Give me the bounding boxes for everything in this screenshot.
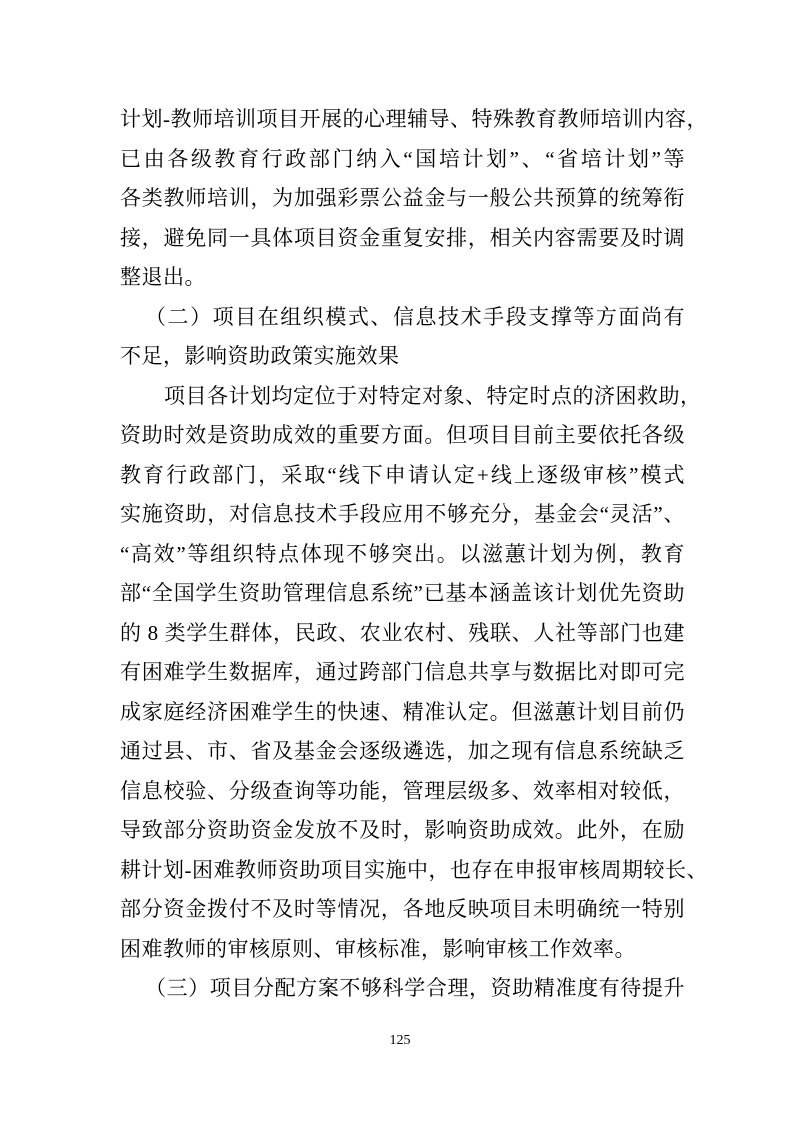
document-page: 计划-教师培训项目开展的心理辅导、特殊教育教师培训内容，已由各级教育行政部门纳入…: [0, 0, 800, 1131]
page-number: 125: [0, 1033, 800, 1049]
text-line: 接，避免同一具体项目资金重复安排，相关内容需要及时调: [120, 219, 685, 259]
text-line: 导致部分资助资金发放不及时，影响资助成效。此外，在励: [120, 811, 685, 851]
text-line: “高效”等组织特点体现不够突出。以滋蕙计划为例，教育: [120, 535, 685, 575]
text-block: 计划-教师培训项目开展的心理辅导、特殊教育教师培训内容，已由各级教育行政部门纳入…: [120, 100, 685, 1009]
text-line: 通过县、市、省及基金会逐级遴选，加之现有信息系统缺乏: [120, 732, 685, 772]
text-line: 资助时效是资助成效的重要方面。但项目目前主要依托各级: [120, 416, 685, 456]
text-line: 信息校验、分级查询等功能，管理层级多、效率相对较低，: [120, 772, 685, 812]
text-line: （二）项目在组织模式、信息技术手段支撑等方面尚有: [120, 298, 685, 338]
text-line: 整退出。: [120, 258, 685, 298]
text-line: 部“全国学生资助管理信息系统”已基本涵盖该计划优先资助: [120, 574, 685, 614]
text-line: 成家庭经济困难学生的快速、精准认定。但滋蕙计划目前仍: [120, 693, 685, 733]
text-line: 耕计划-困难教师资助项目实施中，也存在申报审核周期较长、: [120, 851, 685, 891]
text-line: 有困难学生数据库，通过跨部门信息共享与数据比对即可完: [120, 653, 685, 693]
text-line: （三）项目分配方案不够科学合理，资助精准度有待提升: [120, 969, 685, 1009]
text-line: 项目各计划均定位于对特定对象、特定时点的济困救助，: [120, 377, 685, 417]
text-line: 困难教师的审核原则、审核标准，影响审核工作效率。: [120, 930, 685, 970]
text-line: 实施资助，对信息技术手段应用不够充分，基金会“灵活”、: [120, 495, 685, 535]
text-line: 各类教师培训，为加强彩票公益金与一般公共预算的统筹衔: [120, 179, 685, 219]
text-line: 已由各级教育行政部门纳入“国培计划”、“省培计划”等: [120, 140, 685, 180]
text-line: 不足，影响资助政策实施效果: [120, 337, 685, 377]
text-line: 计划-教师培训项目开展的心理辅导、特殊教育教师培训内容，: [120, 100, 685, 140]
text-line: 的 8 类学生群体，民政、农业农村、残联、人社等部门也建: [120, 614, 685, 654]
text-line: 教育行政部门，采取“线下申请认定+线上逐级审核”模式: [120, 456, 685, 496]
text-line: 部分资金拨付不及时等情况，各地反映项目未明确统一特别: [120, 890, 685, 930]
